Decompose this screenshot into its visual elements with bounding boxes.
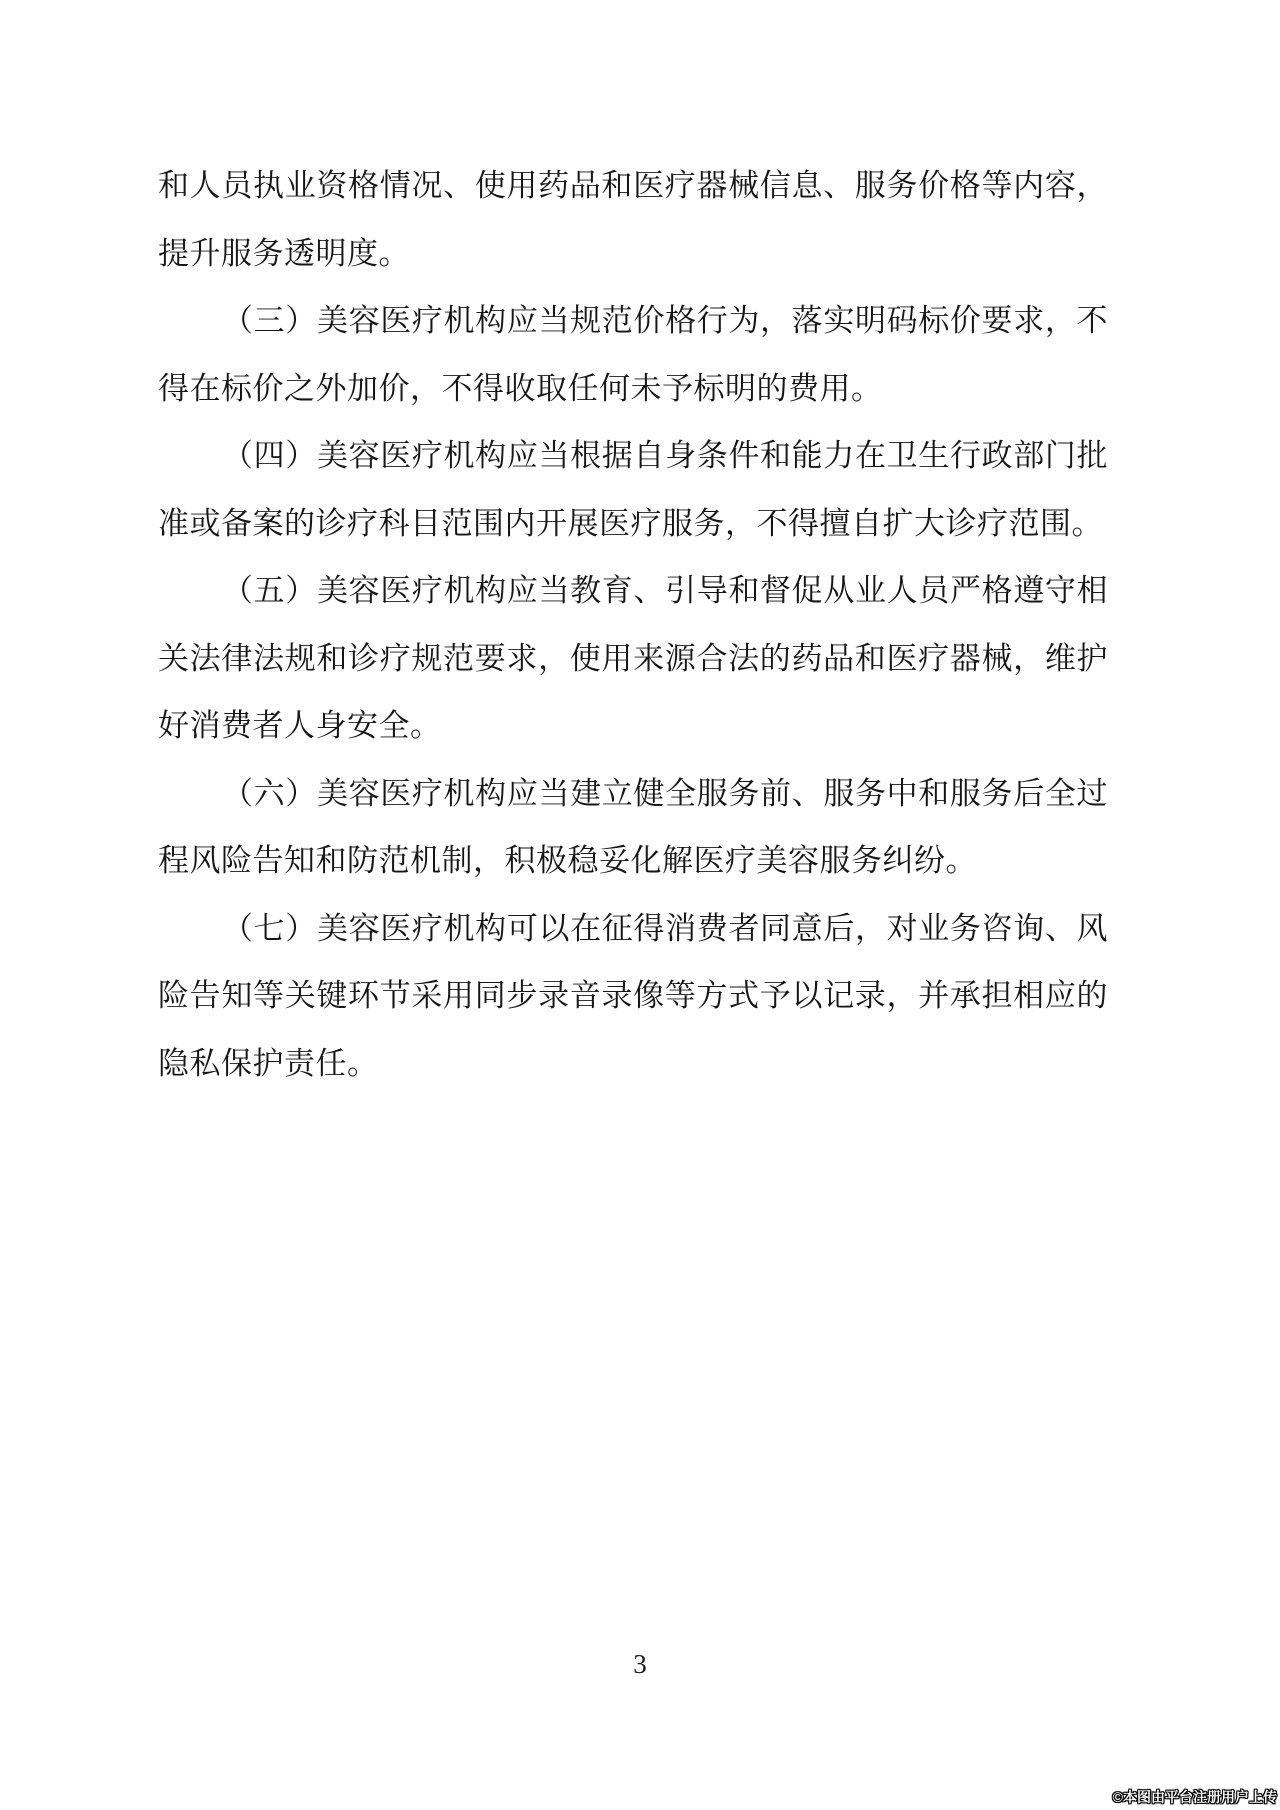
paragraph: 和人员执业资格情况、使用药品和医疗器械信息、服务价格等内容， 提升服务透明度。 xyxy=(158,152,1108,287)
text-line: 和人员执业资格情况、使用药品和医疗器械信息、服务价格等内容， xyxy=(158,152,1108,220)
text-line: 关法律法规和诊疗规范要求，使用来源合法的药品和医疗器械，维护 xyxy=(158,625,1108,693)
document-page: 和人员执业资格情况、使用药品和医疗器械信息、服务价格等内容， 提升服务透明度。 … xyxy=(0,0,1280,1810)
uploader-watermark: ©本图由平台注册用户上传 xyxy=(1113,1787,1277,1807)
text-line: 好消费者人身安全。 xyxy=(158,692,1108,760)
page-number: 3 xyxy=(0,1646,1280,1682)
text-line: 提升服务透明度。 xyxy=(158,220,1108,288)
text-line: 程风险告知和防范机制，积极稳妥化解医疗美容服务纠纷。 xyxy=(158,827,1108,895)
text-line: （五）美容医疗机构应当教育、引导和督促从业人员严格遵守相 xyxy=(158,557,1108,625)
text-line: （六）美容医疗机构应当建立健全服务前、服务中和服务后全过 xyxy=(158,760,1108,828)
text-line: 险告知等关键环节采用同步录音录像等方式予以记录，并承担相应的 xyxy=(158,962,1108,1030)
paragraph: （六）美容医疗机构应当建立健全服务前、服务中和服务后全过 程风险告知和防范机制，… xyxy=(158,760,1108,895)
text-line: （四）美容医疗机构应当根据自身条件和能力在卫生行政部门批 xyxy=(158,422,1108,490)
paragraph: （三）美容医疗机构应当规范价格行为，落实明码标价要求，不 得在标价之外加价，不得… xyxy=(158,287,1108,422)
text-line: 隐私保护责任。 xyxy=(158,1030,1108,1098)
paragraph: （四）美容医疗机构应当根据自身条件和能力在卫生行政部门批 准或备案的诊疗科目范围… xyxy=(158,422,1108,557)
paragraph: （五）美容医疗机构应当教育、引导和督促从业人员严格遵守相 关法律法规和诊疗规范要… xyxy=(158,557,1108,760)
text-line: 得在标价之外加价，不得收取任何未予标明的费用。 xyxy=(158,355,1108,423)
paragraph: （七）美容医疗机构可以在征得消费者同意后，对业务咨询、风 险告知等关键环节采用同… xyxy=(158,895,1108,1098)
text-line: （三）美容医疗机构应当规范价格行为，落实明码标价要求，不 xyxy=(158,287,1108,355)
text-line: （七）美容医疗机构可以在征得消费者同意后，对业务咨询、风 xyxy=(158,895,1108,963)
text-line: 准或备案的诊疗科目范围内开展医疗服务，不得擅自扩大诊疗范围。 xyxy=(158,490,1108,558)
document-text: 和人员执业资格情况、使用药品和医疗器械信息、服务价格等内容， 提升服务透明度。 … xyxy=(158,152,1108,1097)
